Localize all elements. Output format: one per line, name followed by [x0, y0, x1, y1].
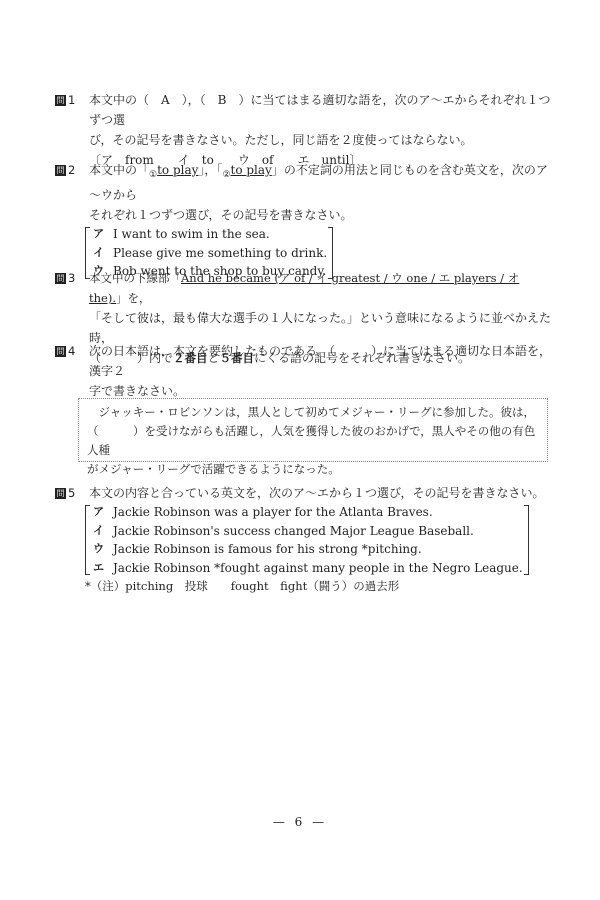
- question-number: 5: [68, 483, 75, 503]
- question-marker: 問 4: [55, 341, 89, 361]
- question-marker-icon: 問: [55, 95, 66, 106]
- question-marker-icon: 問: [55, 488, 66, 499]
- question-text-cont: それぞれ１つずつ選び，その記号を書きなさい。: [55, 205, 555, 225]
- question-marker-icon: 問: [55, 346, 66, 357]
- choice-item: ウJackie Robinson is famous for his stron…: [93, 540, 523, 559]
- underlined-phrase-1: to play: [157, 163, 198, 177]
- question-marker: 問 2: [55, 160, 89, 180]
- choice-text: Jackie Robinson is famous for his strong…: [113, 540, 422, 559]
- choice-list: アJackie Robinson was a player for the At…: [85, 503, 529, 577]
- choice-key: ウ: [93, 540, 113, 559]
- circled-number-2: ②: [222, 170, 230, 180]
- choice-key: イ: [93, 522, 113, 541]
- text-prefix: 本文中の「: [89, 163, 149, 177]
- choice-text: Jackie Robinson was a player for the Atl…: [113, 503, 433, 522]
- choice-text: I want to swim in the sea.: [113, 225, 270, 244]
- question-text: 本文中の「①to play」，「②to play」の不定詞の用法と同じものを含む…: [89, 160, 555, 205]
- question-marker-icon: 問: [55, 165, 66, 176]
- summary-box: ジャッキー・ロビンソンは，黒人として初めてメジャー・リーグに参加した。彼は， （…: [78, 398, 548, 462]
- circled-number-1: ①: [149, 170, 157, 180]
- choice-item: アJackie Robinson was a player for the At…: [93, 503, 523, 522]
- choice-item: イPlease give me something to drink.: [93, 244, 327, 263]
- question-text-cont: び，その記号を書きなさい。ただし，同じ語を２度使ってはならない。: [55, 130, 555, 150]
- question-number: 3: [68, 268, 75, 288]
- choice-item: アI want to swim in the sea.: [93, 225, 327, 244]
- question-marker: 問 5: [55, 483, 89, 503]
- choice-item: エJackie Robinson *fought against many pe…: [93, 559, 523, 578]
- summary-line: がメジャー・リーグで活躍できるようになった。: [87, 460, 539, 479]
- underlined-phrase-2: to play: [231, 163, 272, 177]
- question-text: 本文の内容と合っている英文を，次のア～エから１つ選び，その記号を書きなさい。: [89, 483, 575, 503]
- question-text: 本文中の（ A ），（ B ）に当てはまる適切な語を，次のア～エからそれぞれ１つ…: [89, 90, 555, 130]
- choice-key: イ: [93, 244, 113, 263]
- choice-text: Please give me something to drink.: [113, 244, 327, 263]
- question-5: 問 5 本文の内容と合っている英文を，次のア～エから１つ選び，その記号を書きなさ…: [55, 483, 575, 595]
- summary-line: （ ）を受けながらも活躍し，人気を獲得した彼のおかげで，黒人やその他の有色人種: [87, 422, 539, 460]
- footnote: *（注）pitching 投球 fought fight（闘う）の過去形: [55, 577, 575, 595]
- question-1: 問 1 本文中の（ A ），（ B ）に当てはまる適切な語を，次のア～エからそれ…: [55, 90, 555, 170]
- question-number: 4: [68, 341, 75, 361]
- question-number: 2: [68, 160, 75, 180]
- choice-text: Jackie Robinson's success changed Major …: [113, 522, 474, 541]
- text-prefix: 本文中の下線部「: [89, 271, 181, 285]
- choice-key: ア: [93, 503, 113, 522]
- choice-text: Jackie Robinson *fought against many peo…: [113, 559, 523, 578]
- choice-key: エ: [93, 559, 113, 578]
- question-marker-icon: 問: [55, 273, 66, 284]
- question-text: 本文中の下線部「And he became (ア of / イ greatest…: [89, 268, 555, 308]
- text-mid: 」，「: [198, 163, 222, 177]
- question-number: 1: [68, 90, 75, 110]
- question-marker: 問 1: [55, 90, 89, 110]
- choice-item: イJackie Robinson's success changed Major…: [93, 522, 523, 541]
- question-marker: 問 3: [55, 268, 89, 288]
- summary-line: ジャッキー・ロビンソンは，黒人として初めてメジャー・リーグに参加した。彼は，: [87, 403, 539, 422]
- page-number: — 6 —: [0, 815, 600, 829]
- choice-key: ア: [93, 225, 113, 244]
- question-text: 次の日本語は，本文を要約したものである。（ ）に当てはまる適切な日本語を，漢字２: [89, 341, 555, 381]
- question-4: 問 4 次の日本語は，本文を要約したものである。（ ）に当てはまる適切な日本語を…: [55, 341, 555, 401]
- question-2: 問 2 本文中の「①to play」，「②to play」の不定詞の用法と同じも…: [55, 160, 555, 281]
- text-suffix: 」を，: [116, 291, 151, 305]
